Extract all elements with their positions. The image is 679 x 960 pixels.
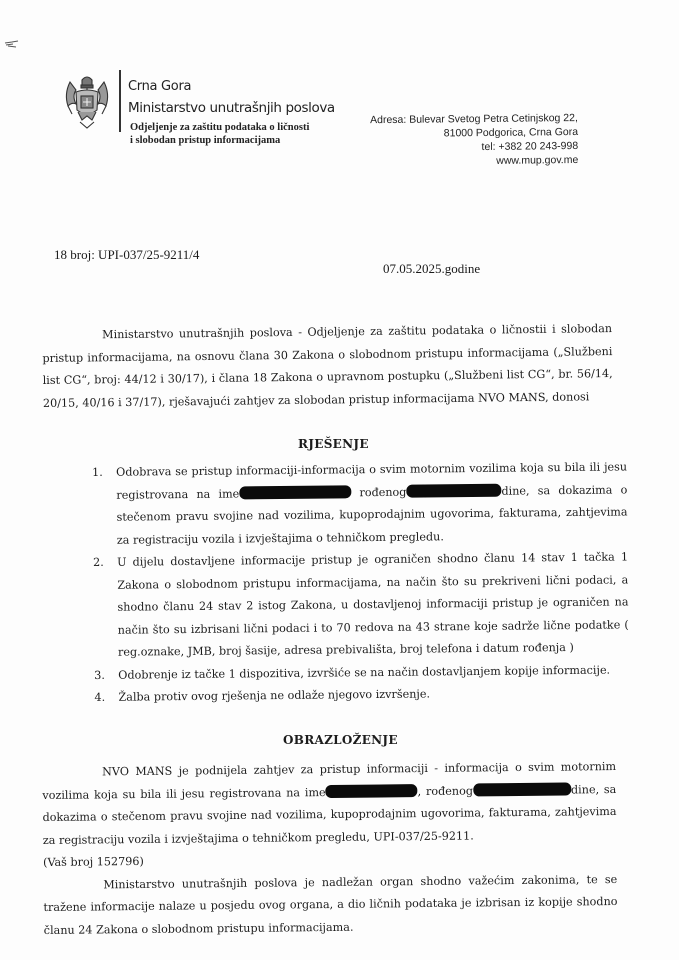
redacted-birthdate <box>473 782 571 796</box>
reasoning-heading: OBRAZLOŽENJE <box>283 733 398 747</box>
reasoning-text-part: , rođenog <box>418 784 473 798</box>
item-text-part: rođenog <box>351 485 406 499</box>
website-link[interactable]: www.mup.gov.me <box>371 153 579 169</box>
redacted-name <box>326 784 418 798</box>
department-name: Odjeljenje za zaštitu podataka o ličnost… <box>130 121 309 147</box>
reasoning-paragraph-1: NVO MANS je podnijela zahtjev za pristup… <box>42 756 617 852</box>
ministry-name: Ministarstvo unutrašnjih poslova <box>128 100 335 116</box>
decision-item: 2. U dijelu dostavljene informacije pris… <box>93 546 629 664</box>
decision-list: 1. Odobrava se pristup informaciji-infor… <box>92 456 630 709</box>
department-line-1: Odjeljenje za zaštitu podataka o ličnost… <box>130 121 309 134</box>
decision-item: 4. Žalba protiv ovog rješenja ne odlaže … <box>94 681 629 709</box>
reasoning-section: NVO MANS je podnijela zahtjev za pristup… <box>42 756 618 942</box>
montenegro-coat-of-arms-icon <box>62 72 112 132</box>
reference-number: 18 broj: UPI-037/25-9211/4 <box>54 247 199 263</box>
item-number: 2. <box>93 552 104 575</box>
intro-paragraph: Ministarstvo unutrašnjih poslova - Odjel… <box>42 318 613 415</box>
item-text: Odobrenje iz tačke 1 dispozitiva, izvrši… <box>118 663 610 681</box>
redacted-birthdate <box>406 483 501 497</box>
department-line-2: i slobodan pristup informacijama <box>130 134 309 147</box>
reasoning-paragraph-2: Ministarstvo unutrašnjih poslova je nadl… <box>43 868 618 942</box>
item-text: U dijelu dostavljene informacije pristup… <box>117 550 629 658</box>
letterhead-divider <box>119 70 121 132</box>
item-number: 1. <box>92 462 103 485</box>
item-number: 3. <box>94 664 105 687</box>
ministry-address-block: Adresa: Bulevar Svetog Petra Cetinjskog … <box>370 111 578 169</box>
intro-text: Ministarstvo unutrašnjih poslova - Odjel… <box>42 318 613 415</box>
redacted-name <box>239 485 351 499</box>
document-page: Crna Gora Ministarstvo unutrašnjih poslo… <box>0 0 679 960</box>
document-date: 07.05.2025.godine <box>383 261 480 277</box>
country-name: Crna Gora <box>128 79 191 94</box>
pen-mark-icon <box>4 40 20 48</box>
item-number: 4. <box>94 687 105 710</box>
item-text: Žalba protiv ovog rješenja ne odlaže nje… <box>118 687 430 703</box>
decision-heading: RJEŠENJE <box>298 437 369 451</box>
decision-item: 1. Odobrava se pristup informaciji-infor… <box>92 456 628 552</box>
